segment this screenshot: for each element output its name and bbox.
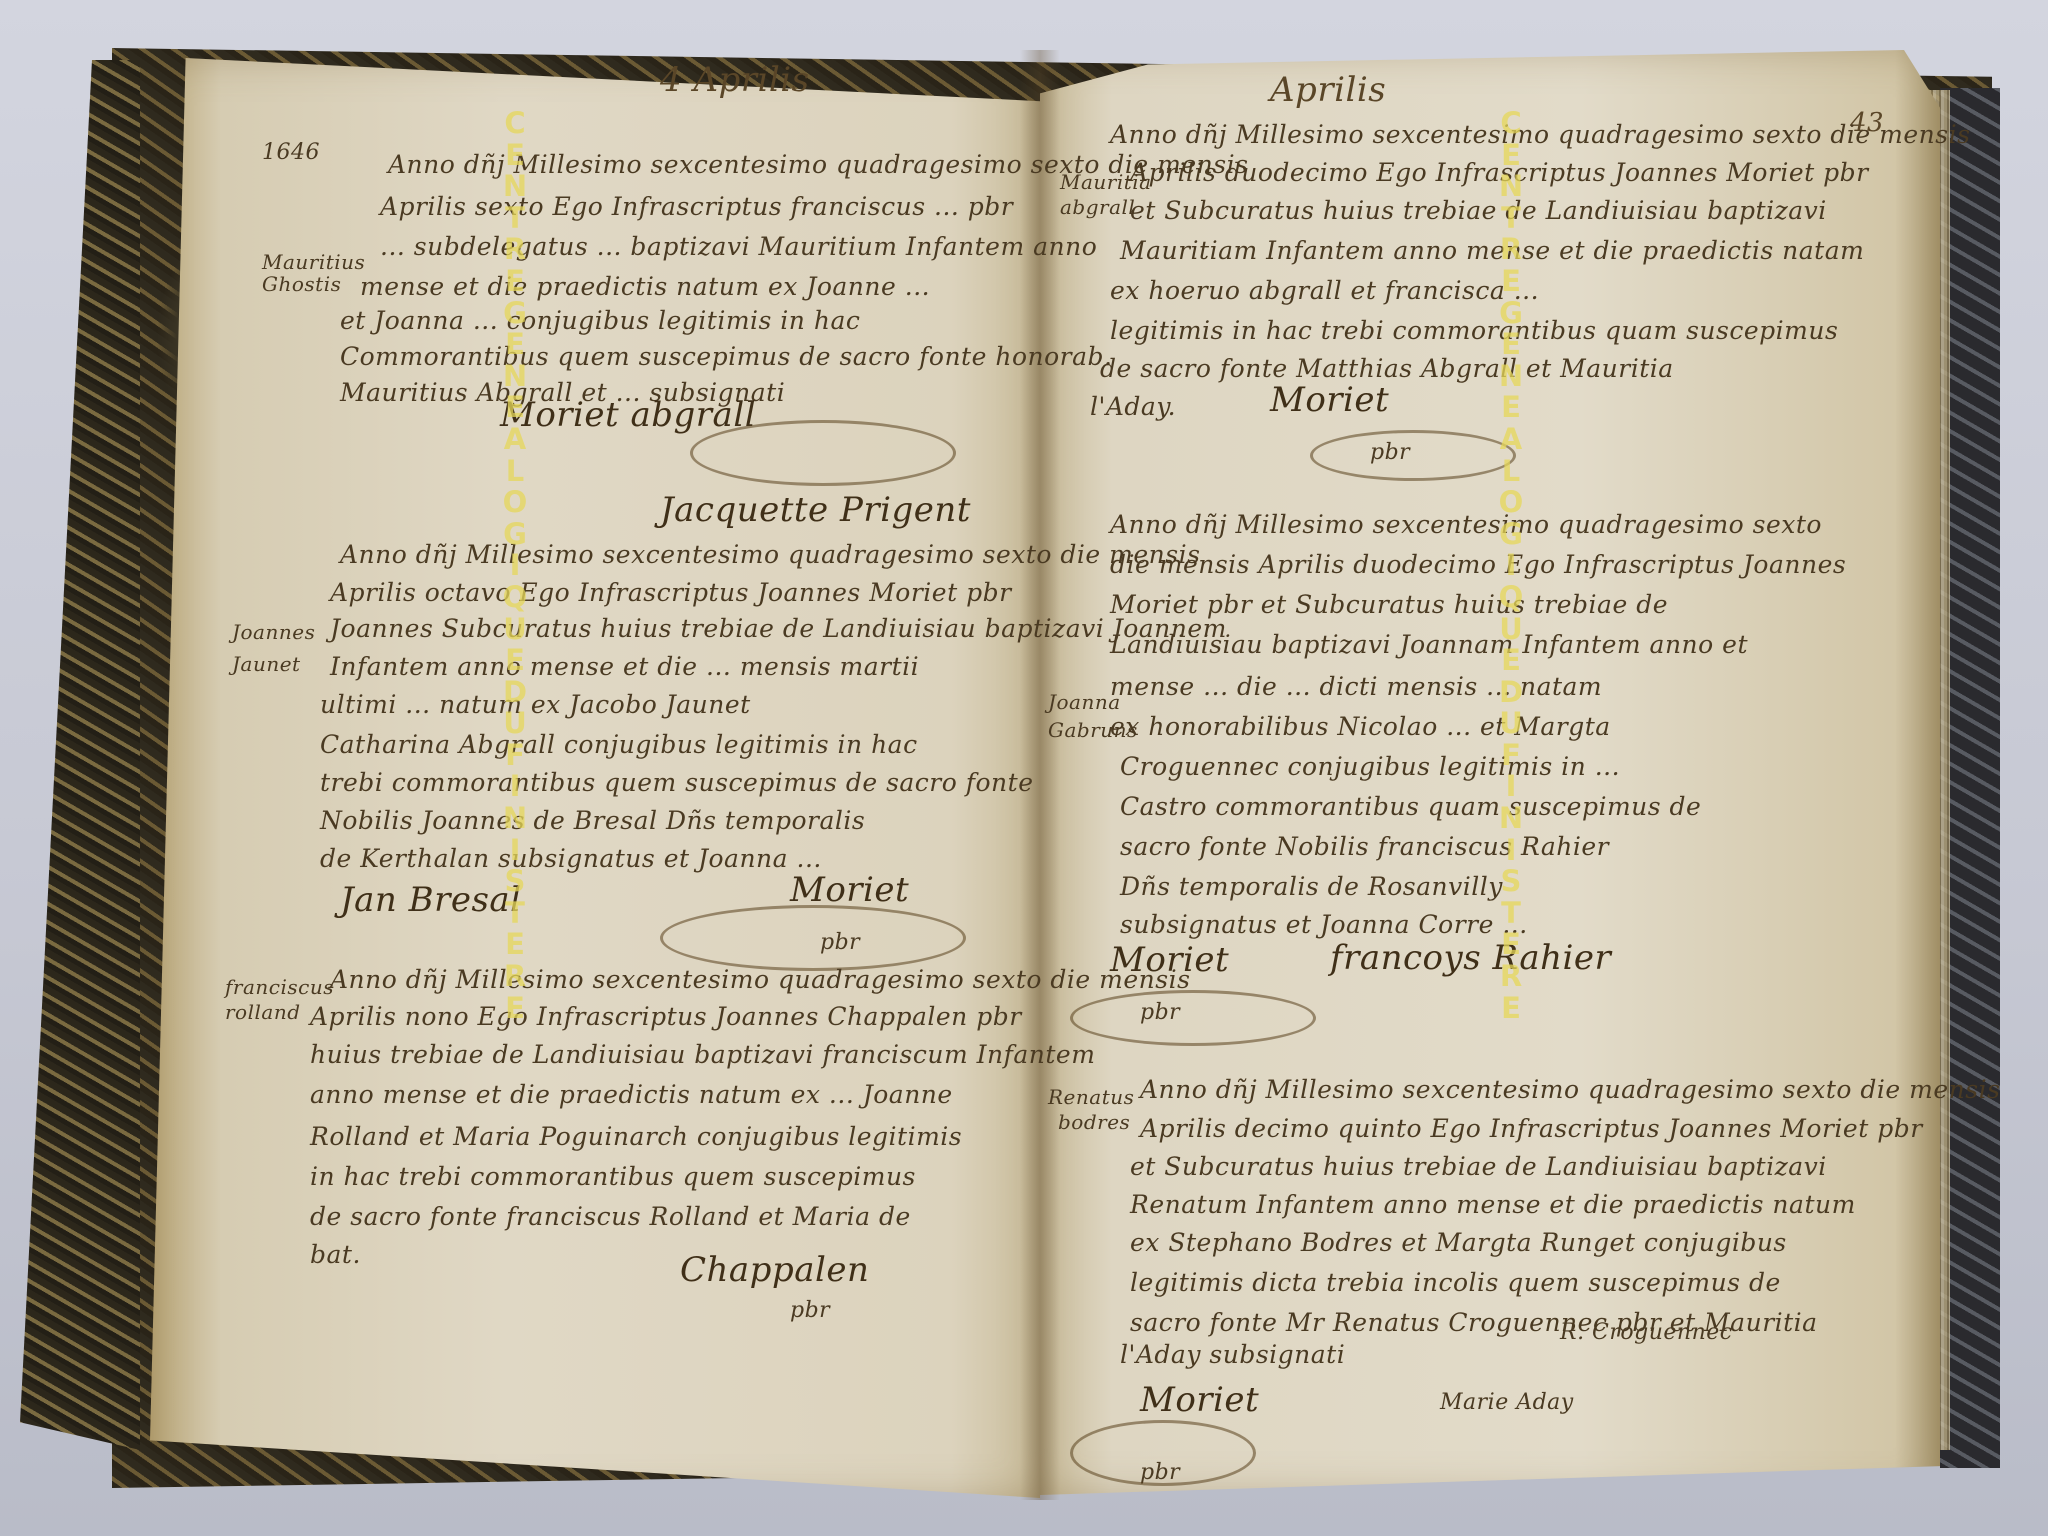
signature-flourish [690, 420, 956, 486]
entry-line: Anno dñj Millesimo sexcentesimo quadrage… [1140, 1075, 2000, 1104]
entry-line: Rolland et Maria Poguinarch conjugibus l… [310, 1122, 962, 1151]
entry-line: de sacro fonte franciscus Rolland et Mar… [310, 1202, 911, 1231]
margin-name: franciscus [225, 975, 334, 999]
signature: Moriet [790, 870, 909, 910]
signature: Moriet [1140, 1380, 1259, 1420]
entry-line: ultimi ... natum ex Jacobo Jaunet [320, 690, 751, 719]
entry-line: et Subcuratus huius trebiae de Landiuisi… [1130, 196, 1827, 225]
entry-line: ex hoeruo abgrall et francisca ... [1110, 276, 1539, 305]
entry-line: Landiuisiau baptizavi Joannam Infantem a… [1110, 630, 1748, 659]
margin-surname: bodres [1058, 1110, 1130, 1134]
entry-line: Aprilis nono Ego Infrascriptus Joannes C… [310, 1002, 1022, 1031]
entry-line: Croguennec conjugibus legitimis in ... [1120, 752, 1620, 781]
entry-line: Anno dñj Millesimo sexcentesimo quadrage… [340, 540, 1200, 569]
entry-line: in hac trebi commorantibus quem suscepim… [310, 1162, 916, 1191]
entry-line: Catharina Abgrall conjugibus legitimis i… [320, 730, 918, 759]
signature: Marie Aday [1440, 1390, 1574, 1415]
entry-line: l'Aday. [1090, 392, 1176, 421]
entry-line: ex Stephano Bodres et Margta Runget conj… [1130, 1228, 1787, 1257]
entry-line: mense ... die ... dicti mensis ... natam [1110, 672, 1602, 701]
signature: Chappalen [680, 1250, 869, 1290]
margin-surname: Ghostis [262, 272, 341, 296]
margin-name: Joannes [232, 620, 315, 644]
entry-line: subsignatus et Joanna Corre ... [1120, 910, 1528, 939]
watermark-right: CENTRE GENEALOGIQUE DU FINISTERE [1496, 108, 1526, 1024]
left-page-heading: 4 Aprilis [660, 60, 810, 100]
photo-scene: 4 Aprilis 1646 Mauritius Ghostis Anno dñ… [0, 0, 2048, 1536]
entry-line: Mauritiam Infantem anno mense et die pra… [1120, 236, 1864, 265]
entry-header-note: Jacquette Prigent [660, 490, 971, 530]
entry-line: ex honorabilibus Nicolao ... et Margta [1110, 712, 1611, 741]
left-page-year-note: 1646 [262, 140, 320, 165]
entry-line: Renatum Infantem anno mense et die praed… [1130, 1190, 1856, 1219]
entry-line: Anno dñj Millesimo sexcentesimo quadrage… [1110, 120, 1970, 149]
signature: Moriet [1110, 940, 1229, 980]
signature: pbr [790, 1298, 830, 1323]
entry-line: ... subdelegatus ... baptizavi Mauritium… [380, 232, 1097, 261]
watermark-left: CENTRE GENEALOGIQUE DU FINISTERE [500, 108, 530, 1024]
entry-line: Aprilis octavo Ego Infrascriptus Joannes… [330, 578, 1012, 607]
margin-surname: rolland [225, 1000, 301, 1024]
margin-name: Renatus [1048, 1085, 1134, 1109]
entry-line: de Kerthalan subsignatus et Joanna ... [320, 844, 822, 873]
entry-line: anno mense et die praedictis natum ex ..… [310, 1080, 953, 1109]
signature: Jan Bresal [340, 880, 522, 920]
signature-flourish [1070, 990, 1316, 1046]
entry-line: Joannes Subcuratus huius trebiae de Land… [330, 614, 1227, 643]
signature: R. Croguennec [1560, 1320, 1733, 1345]
entry-line: l'Aday subsignati [1120, 1340, 1345, 1369]
signature-flourish [1070, 1420, 1256, 1486]
signature: Moriet [1270, 380, 1389, 420]
entry-line: sacro fonte Nobilis franciscus Rahier [1120, 832, 1609, 861]
margin-name: Mauritius [262, 250, 365, 274]
signature-flourish [1310, 430, 1516, 481]
entry-line: die mensis Aprilis duodecimo Ego Infrasc… [1110, 550, 1846, 579]
entry-line: Anno dñj Millesimo sexcentesimo quadrage… [330, 965, 1190, 994]
signature: francoys Rahier [1330, 938, 1611, 978]
entry-line: Aprilis sexto Ego Infrascriptus francisc… [380, 192, 1013, 221]
entry-line: legitimis in hac trebi commorantibus qua… [1110, 316, 1838, 345]
right-page-heading: Aprilis [1270, 70, 1386, 110]
entry-line: Aprilis decimo quinto Ego Infrascriptus … [1140, 1114, 1923, 1143]
entry-line: legitimis dicta trebia incolis quem susc… [1130, 1268, 1781, 1297]
entry-line: et Subcuratus huius trebiae de Landiuisi… [1130, 1152, 1827, 1181]
entry-line: bat. [310, 1240, 361, 1269]
entry-line: Castro commorantibus quam suscepimus de [1120, 792, 1701, 821]
entry-line: Dñs temporalis de Rosanvilly [1120, 872, 1503, 901]
margin-surname: Jaunet [232, 652, 301, 676]
entry-line: mense et die praedictis natum ex Joanne … [360, 272, 930, 301]
margin-surname: abgrall [1060, 195, 1135, 219]
book-cover-left-edge [20, 60, 140, 1450]
entry-line: trebi commorantibus quem suscepimus de s… [320, 768, 1034, 797]
entry-line: Moriet pbr et Subcuratus huius trebiae d… [1110, 590, 1668, 619]
entry-line: Nobilis Joannes de Bresal Dñs temporalis [320, 806, 865, 835]
entry-line: Infantem anno mense et die ... mensis ma… [330, 652, 919, 681]
entry-line: de sacro fonte Matthias Abgrall et Mauri… [1100, 354, 1674, 383]
entry-line: huius trebiae de Landiuisiau baptizavi f… [310, 1040, 1095, 1069]
signature-flourish [660, 905, 966, 971]
entry-line: et Joanna ... conjugibus legitimis in ha… [340, 306, 860, 335]
signature: Moriet abgrall [500, 395, 756, 435]
entry-line: Anno dñj Millesimo sexcentesimo quadrage… [1110, 510, 1822, 539]
entry-line: Commorantibus quem suscepimus de sacro f… [340, 342, 1112, 371]
